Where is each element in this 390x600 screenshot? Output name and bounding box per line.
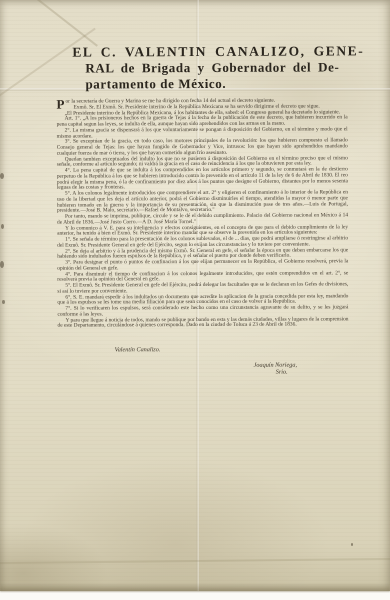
edge-mark — [0, 261, 4, 268]
document-body: Por la secretaría de Guerra y Marina se … — [57, 98, 349, 329]
document-content: EL C. VALENTIN CANALIZO, GENE- RAL de Br… — [56, 43, 348, 376]
paper-crease — [0, 558, 390, 564]
signature-secretary: Joaquín Noriega, Srio. — [254, 361, 324, 375]
edge-mark — [351, 543, 353, 546]
edge-mark — [2, 300, 5, 304]
paper-bottom-edge — [0, 583, 390, 592]
paper-sheet: EL C. VALENTIN CANALIZO, GENE- RAL de Br… — [0, 0, 390, 591]
scanned-page: { "doc": { "title_lines": [ "EL C. VALEN… — [0, 0, 390, 600]
document-title: EL C. VALENTIN CANALIZO, GENE- RAL de Br… — [56, 43, 347, 92]
edge-mark — [0, 173, 4, 179]
paragraph-article-5: 5°. A los colonos legalmente introducido… — [57, 190, 348, 214]
title-line-3: partamento de México. — [56, 75, 347, 92]
signatures: Valentín Canalizo. Joaquín Noriega, Srio… — [58, 345, 349, 376]
signature-governor: Valentín Canalizo. — [115, 345, 349, 353]
paragraph-closing: Y para que llegue á noticia de todos, ma… — [57, 317, 348, 330]
paper-crease — [2, 0, 98, 47]
secretary-role: Srio. — [254, 369, 310, 376]
drop-cap: P — [57, 100, 66, 111]
title-line-2: RAL de Brigada y Gobernador del De- — [56, 59, 347, 76]
edge-mark — [1, 224, 4, 229]
paragraph-article-4: 4°. La pena capital de que se indulta á … — [57, 167, 348, 191]
title-line-1: EL C. VALENTIN CANALIZO, GENE- — [56, 43, 347, 60]
paragraph-article-3: 3°. Se exceptúan de la gracia, en todo c… — [57, 139, 348, 158]
